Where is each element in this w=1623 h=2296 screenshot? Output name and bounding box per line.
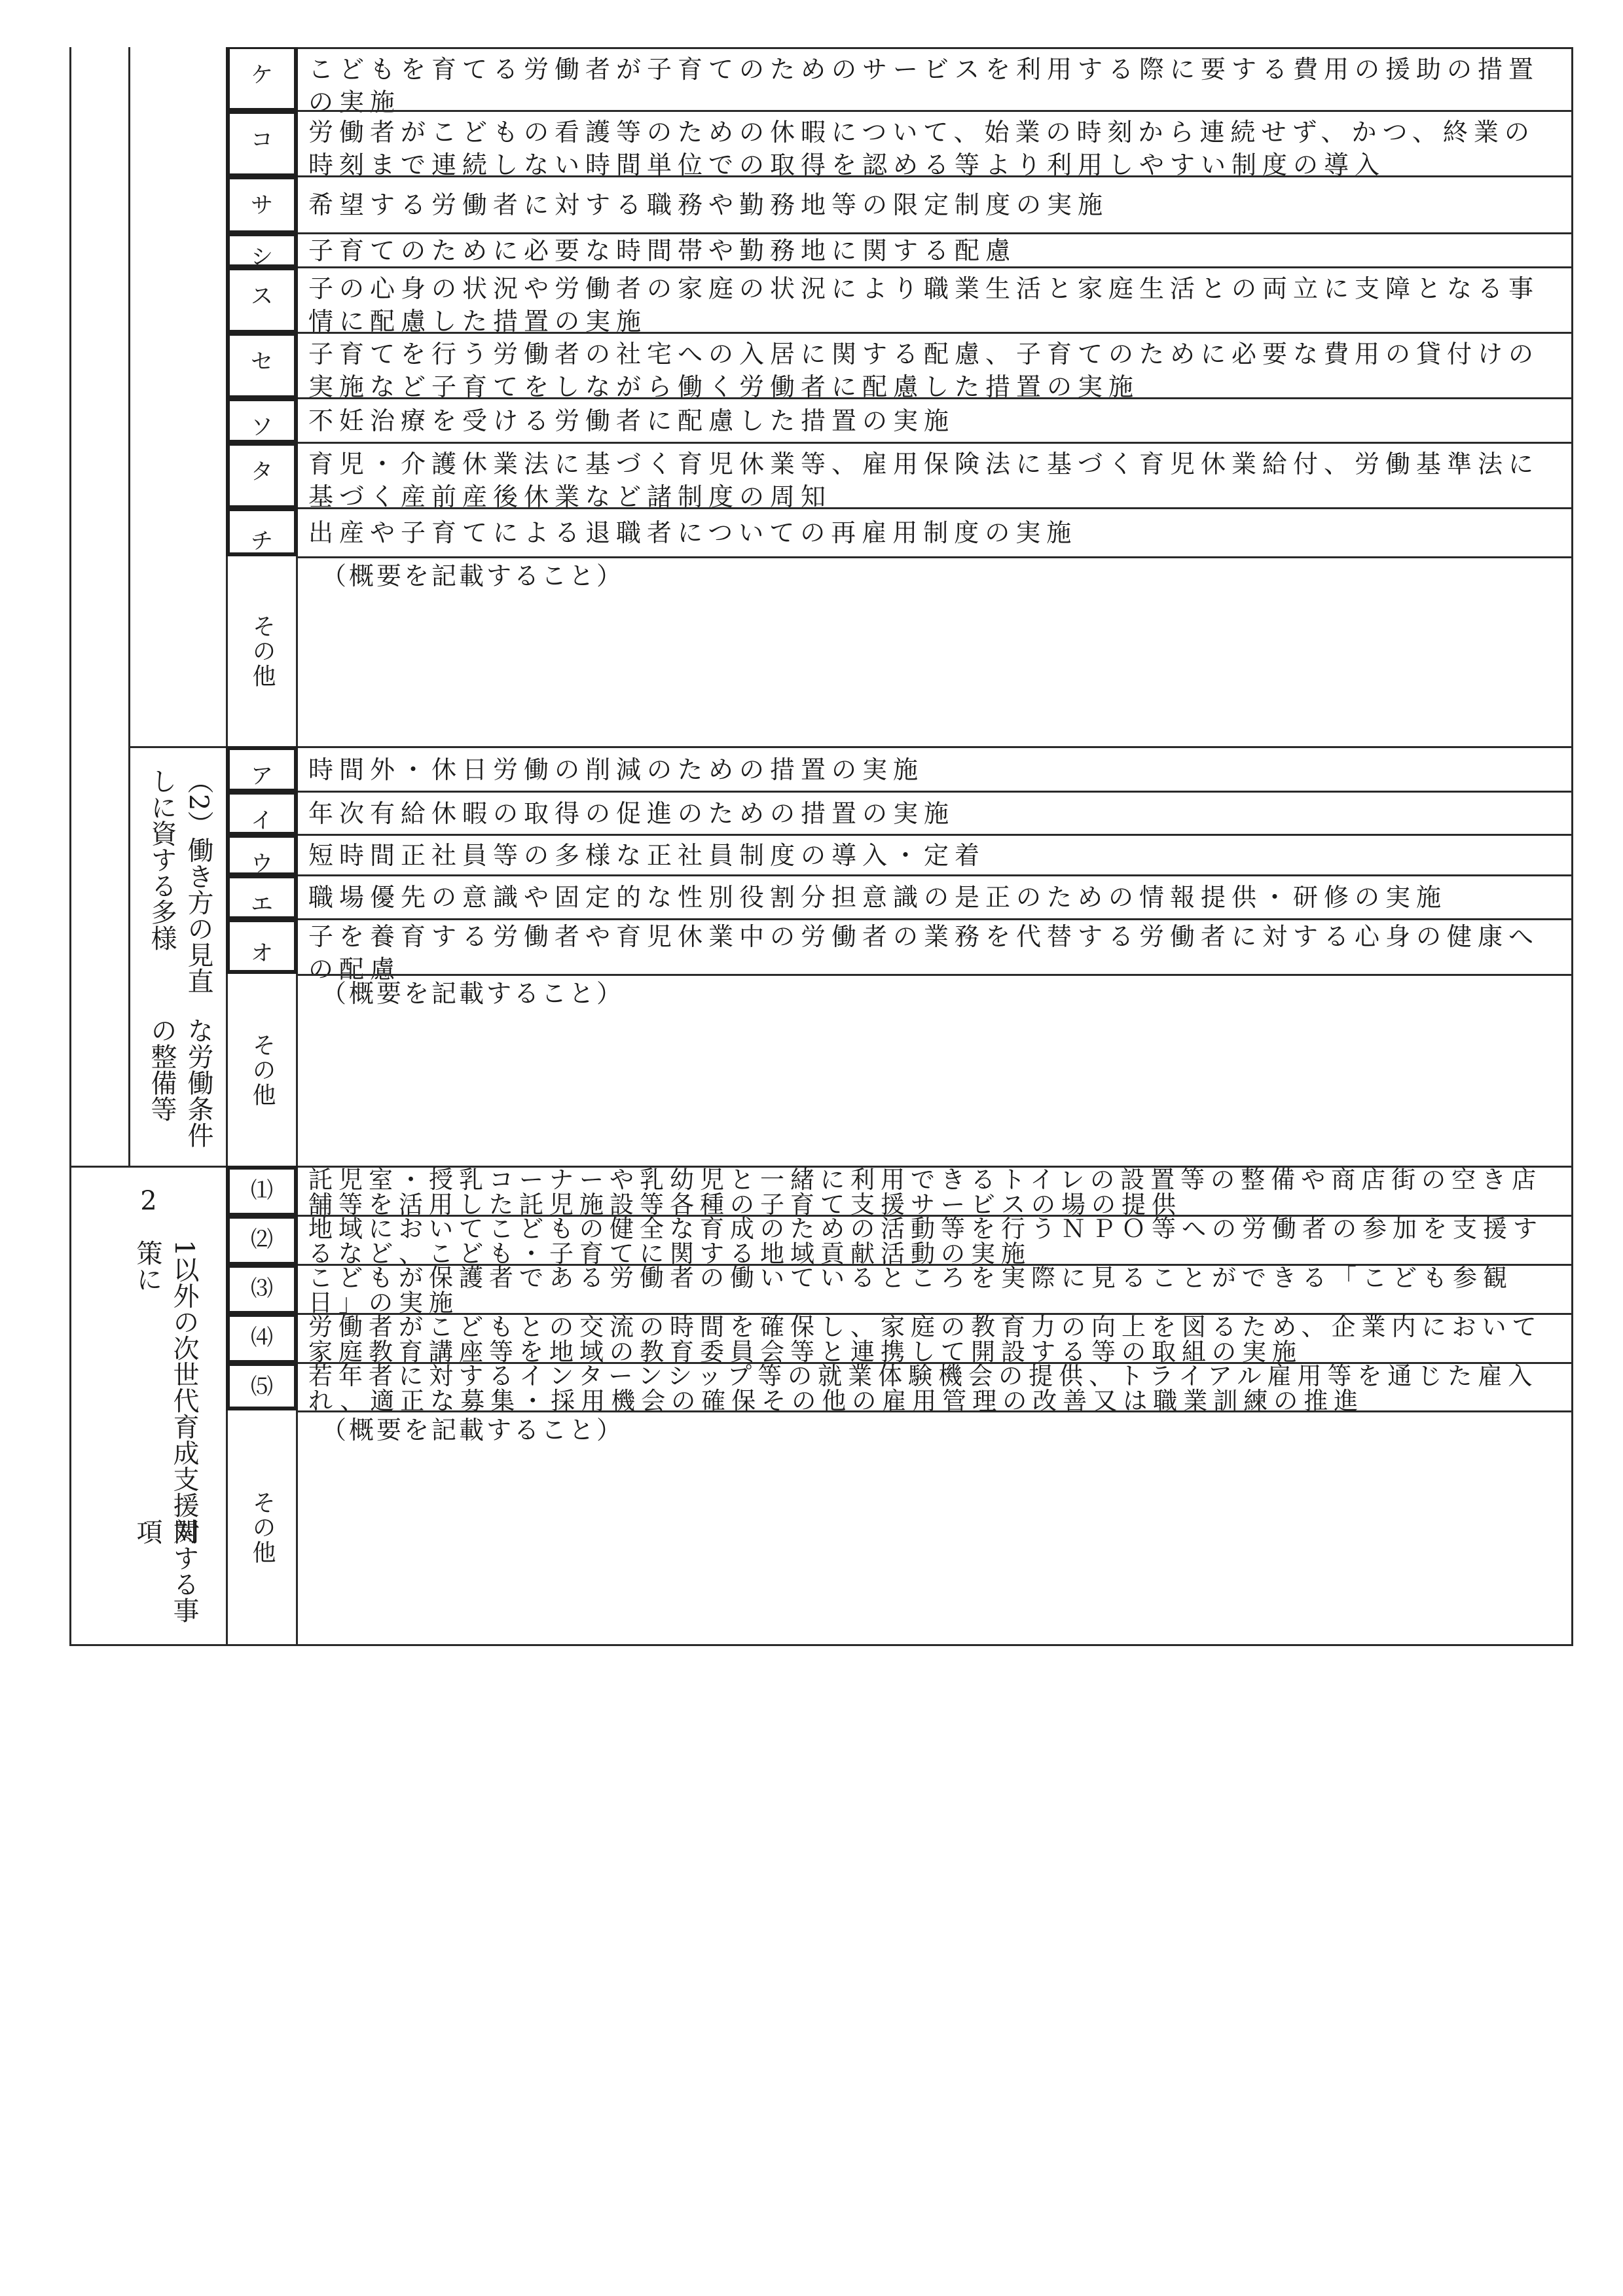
item-text-3: こどもが保護者である労働者の働いているところを実際に見ることができる「こども参観… xyxy=(298,1264,1573,1313)
item-code-i: イ xyxy=(226,791,298,834)
item-text-ta: 育児・介護休業法に基づく育児休業等、雇用保険法に基づく育児休業給付、労働基準法に… xyxy=(298,442,1573,507)
item-text-u-label: 短時間正社員等の多様な正社員制度の導入・定着 xyxy=(308,839,985,872)
section2-label: 1以外の次世代育成支援対策に 関する事項 xyxy=(129,1240,202,1632)
subsection2-label-line1: （2）働き方の見直しに資する多様 xyxy=(143,768,217,1017)
other-note-subsection2-text: （概要を記載すること） xyxy=(308,979,624,1008)
item-text-su: 子の心身の状況や労働者の家庭の状況により職業生活と家庭生活との両立に支障となる事… xyxy=(298,266,1573,332)
item-code-4: ⑷ xyxy=(226,1313,298,1362)
other-code-section2: その他 xyxy=(226,1410,298,1644)
other-note-section2[interactable]: （概要を記載すること） xyxy=(298,1410,1573,1644)
item-code-o: オ xyxy=(226,918,298,974)
other-note-subsection1-text: （概要を記載すること） xyxy=(308,562,624,590)
other-code-subsection2: その他 xyxy=(226,974,298,1166)
other-note-subsection2[interactable]: （概要を記載すること） xyxy=(298,974,1573,1166)
section2-number: 2 xyxy=(71,1186,226,1216)
item-text-chi-label: 出産や子育てによる退職者についての再雇用制度の実施 xyxy=(308,516,1077,549)
item-code-3: ⑶ xyxy=(226,1264,298,1313)
item-text-shi: 子育てのために必要な時間帯や勤務地に関する配慮 xyxy=(298,232,1573,266)
other-label-subsection2: その他 xyxy=(247,1033,277,1107)
item-text-so-label: 不妊治療を受ける労働者に配慮した措置の実施 xyxy=(308,404,955,437)
item-text-sa: 希望する労働者に対する職務や勤務地等の限定制度の実施 xyxy=(298,175,1573,232)
item-code-u: ウ xyxy=(226,834,298,874)
other-note-section2-text: （概要を記載すること） xyxy=(308,1416,624,1444)
item-code-sa: サ xyxy=(226,175,298,232)
item-text-a: 時間外・休日労働の削減のための措置の実施 xyxy=(298,746,1573,791)
item-text-sa-label: 希望する労働者に対する職務や勤務地等の限定制度の実施 xyxy=(308,188,1108,221)
item-text-i-label: 年次有給休暇の取得の促進のための措置の実施 xyxy=(308,797,955,830)
subsection2-label-line2: な労働条件の整備等 xyxy=(143,1017,217,1160)
section2-label-cell: 2 1以外の次世代育成支援対策に 関する事項 xyxy=(71,1168,226,1644)
item-text-ko: 労働者がこどもの看護等のための休暇について、始業の時刻から連続せず、かつ、終業の… xyxy=(298,110,1573,175)
item-code-ta: タ xyxy=(226,442,298,507)
item-code-5: ⑸ xyxy=(226,1362,298,1410)
item-code-se: セ xyxy=(226,332,298,397)
other-label-section2: その他 xyxy=(247,1490,277,1565)
other-label-subsection1: その他 xyxy=(247,614,277,689)
item-text-5: 若年者に対するインターンシップ等の就業体験機会の提供、トライアル雇用等を通じた雇… xyxy=(298,1362,1573,1410)
item-text-2: 地域においてこどもの健全な育成のための活動等を行うＮＰＯ等への労働者の参加を支援… xyxy=(298,1215,1573,1264)
item-code-a: ア xyxy=(226,746,298,791)
subsection2-label-cell: （2）働き方の見直しに資する多様 な労働条件の整備等 xyxy=(130,748,226,1166)
item-text-o: 子を養育する労働者や育児休業中の労働者の業務を代替する労働者に対する心身の健康へ… xyxy=(298,918,1573,974)
item-code-2: ⑵ xyxy=(226,1215,298,1264)
item-text-1: 託児室・授乳コーナーや乳幼児と一緒に利用できるトイレの設置等の整備や商店街の空き… xyxy=(298,1166,1573,1215)
item-code-ko: コ xyxy=(226,110,298,175)
item-code-shi: シ xyxy=(226,232,298,266)
item-text-e-label: 職場優先の意識や固定的な性別役割分担意識の是正のための情報提供・研修の実施 xyxy=(308,881,1447,914)
section2-label-line2: 関する事項 xyxy=(129,1518,202,1632)
item-code-su: ス xyxy=(226,266,298,332)
item-code-so: ソ xyxy=(226,397,298,442)
item-text-se: 子育てを行う労働者の社宅への入居に関する配慮、子育てのために必要な費用の貸付けの… xyxy=(298,332,1573,397)
item-text-u: 短時間正社員等の多様な正社員制度の導入・定着 xyxy=(298,834,1573,874)
item-code-e: エ xyxy=(226,874,298,918)
item-text-i: 年次有給休暇の取得の促進のための措置の実施 xyxy=(298,791,1573,834)
document-page: ケ こどもを育てる労働者が子育てのためのサービスを利用する際に要する費用の援助の… xyxy=(0,0,1623,2296)
subsection2-label: （2）働き方の見直しに資する多様 な労働条件の整備等 xyxy=(143,768,217,1160)
item-text-a-label: 時間外・休日労働の削減のための措置の実施 xyxy=(308,753,924,786)
item-text-e: 職場優先の意識や固定的な性別役割分担意識の是正のための情報提供・研修の実施 xyxy=(298,874,1573,918)
table-bottom-border xyxy=(69,1644,1573,1646)
item-code-chi: チ xyxy=(226,507,298,556)
section2-label-line1: 1以外の次世代育成支援対策に xyxy=(129,1240,202,1551)
item-code-ke: ケ xyxy=(226,47,298,110)
item-text-chi: 出産や子育てによる退職者についての再雇用制度の実施 xyxy=(298,507,1573,556)
other-code-subsection1: その他 xyxy=(226,556,298,746)
item-text-4: 労働者がこどもとの交流の時間を確保し、家庭の教育力の向上を図るため、企業内におい… xyxy=(298,1313,1573,1362)
item-text-shi-label: 子育てのために必要な時間帯や勤務地に関する配慮 xyxy=(308,234,1016,267)
item-text-so: 不妊治療を受ける労働者に配慮した措置の実施 xyxy=(298,397,1573,442)
item-text-ke: こどもを育てる労働者が子育てのためのサービスを利用する際に要する費用の援助の措置… xyxy=(298,47,1573,110)
other-note-subsection1[interactable]: （概要を記載すること） xyxy=(298,556,1573,746)
item-code-1: ⑴ xyxy=(226,1166,298,1215)
